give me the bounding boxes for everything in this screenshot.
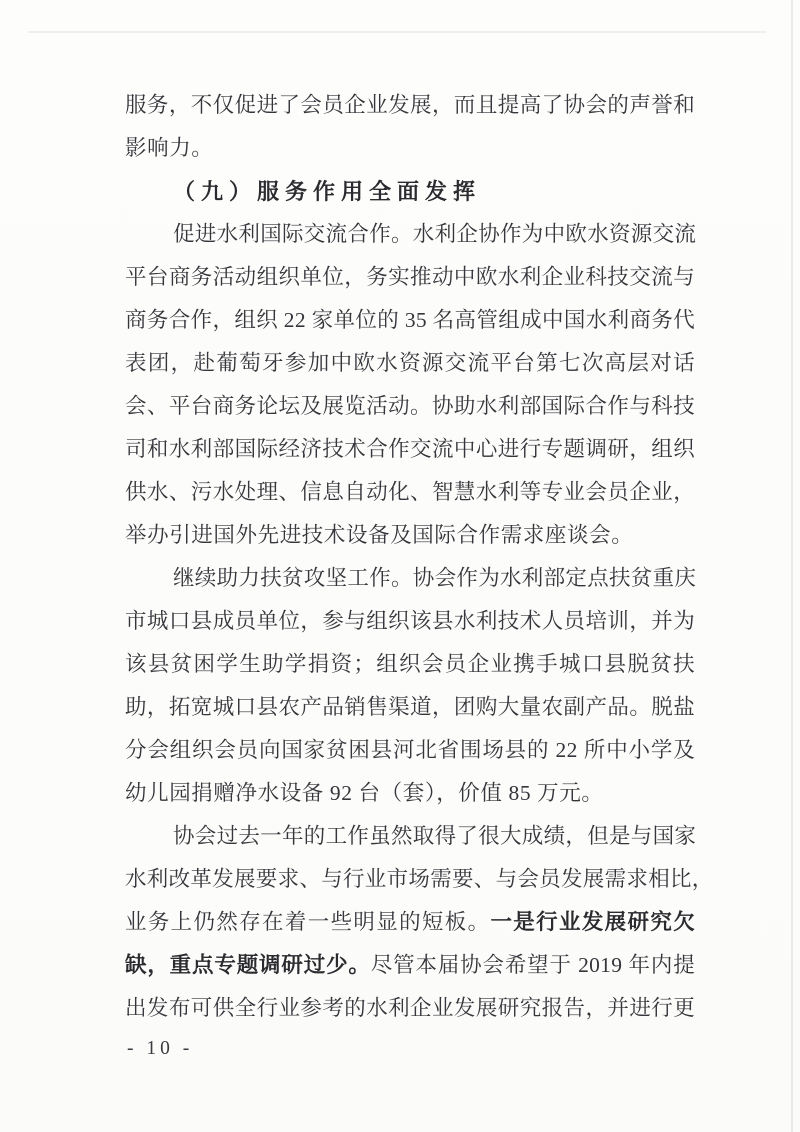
- text-segment: 供水、污水处理、信息自动化、智慧水利等专业会员企业，: [125, 480, 695, 504]
- text-line: 举办引进国外先进技术设备及国际合作需求座谈会。: [125, 514, 695, 557]
- text-segment: 促进水利国际交流合作。水利企协作为中欧水资源交流: [173, 222, 696, 246]
- document-body: 服务，不仅促进了会员企业发展，而且提高了协会的声誉和影响力。（九）服务作用全面发…: [125, 84, 695, 1030]
- text-segment: 影响力。: [125, 136, 213, 160]
- text-line: 表团，赴葡萄牙参加中欧水资源交流平台第七次高层对话: [125, 342, 695, 385]
- text-segment: 业务上仍然存在着一些明显的短板。: [125, 910, 490, 934]
- text-line: 继续助力扶贫攻坚工作。协会作为水利部定点扶贫重庆: [125, 557, 695, 600]
- text-line: 协会过去一年的工作虽然取得了很大成绩，但是与国家: [125, 815, 695, 858]
- text-segment: 该县贫困学生助学捐资；组织会员企业携手城口县脱贫扶: [125, 652, 695, 676]
- text-line: 出发布可供全行业参考的水利企业发展研究报告，并进行更: [125, 987, 695, 1030]
- text-segment: 会、平台商务论坛及展览活动。协助水利部国际合作与科技: [125, 394, 695, 418]
- text-segment: 尽管本届协会希望于 2019 年内提: [371, 953, 695, 977]
- section-heading: （九）服务作用全面发挥: [125, 170, 695, 213]
- text-line: 影响力。: [125, 127, 695, 170]
- text-segment: 幼儿园捐赠净水设备 92 台（套），价值 85 万元。: [125, 781, 603, 805]
- text-segment: 助，拓宽城口县农产品销售渠道，团购大量农副产品。脱盐: [125, 695, 695, 719]
- text-line: 水利改革发展要求、与行业市场需要、与会员发展需求相比，: [125, 858, 695, 901]
- text-line: 缺，重点专题调研过少。尽管本届协会希望于 2019 年内提: [125, 944, 695, 987]
- text-segment: 表团，赴葡萄牙参加中欧水资源交流平台第七次高层对话: [125, 351, 695, 375]
- scan-artifact-right-line: [791, 0, 793, 1132]
- text-segment: 水利改革发展要求、与行业市场需要、与会员发展需求相比，: [125, 867, 714, 891]
- document-page: 服务，不仅促进了会员企业发展，而且提高了协会的声誉和影响力。（九）服务作用全面发…: [0, 0, 800, 1132]
- bold-text-segment: （九）服务作用全面发挥: [173, 179, 481, 204]
- text-line: 服务，不仅促进了会员企业发展，而且提高了协会的声誉和: [125, 84, 695, 127]
- text-line: 会、平台商务论坛及展览活动。协助水利部国际合作与科技: [125, 385, 695, 428]
- text-line: 分会组织会员向国家贫困县河北省围场县的 22 所中小学及: [125, 729, 695, 772]
- text-segment: 司和水利部国际经济技术合作交流中心进行专题调研，组织: [125, 437, 695, 461]
- text-line: 平台商务活动组织单位，务实推动中欧水利企业科技交流与: [125, 256, 695, 299]
- text-segment: 出发布可供全行业参考的水利企业发展研究报告，并进行更: [125, 996, 695, 1020]
- scan-artifact-top-line: [28, 31, 766, 33]
- text-line: 该县贫困学生助学捐资；组织会员企业携手城口县脱贫扶: [125, 643, 695, 686]
- text-line: 市城口县成员单位，参与组织该县水利技术人员培训，并为: [125, 600, 695, 643]
- text-line: 业务上仍然存在着一些明显的短板。一是行业发展研究欠: [125, 901, 695, 944]
- text-line: 商务合作，组织 22 家单位的 35 名高管组成中国水利商务代: [125, 299, 695, 342]
- text-segment: 市城口县成员单位，参与组织该县水利技术人员培训，并为: [125, 609, 695, 633]
- text-segment: 协会过去一年的工作虽然取得了很大成绩，但是与国家: [173, 824, 696, 848]
- text-segment: 举办引进国外先进技术设备及国际合作需求座谈会。: [125, 523, 633, 547]
- text-line: 司和水利部国际经济技术合作交流中心进行专题调研，组织: [125, 428, 695, 471]
- bold-text-segment: 一是行业发展研究欠: [490, 910, 695, 934]
- text-line: 供水、污水处理、信息自动化、智慧水利等专业会员企业，: [125, 471, 695, 514]
- text-segment: 商务合作，组织 22 家单位的 35 名高管组成中国水利商务代: [125, 308, 695, 332]
- bold-text-segment: 缺，重点专题调研过少。: [125, 953, 371, 977]
- text-segment: 平台商务活动组织单位，务实推动中欧水利企业科技交流与: [125, 265, 695, 289]
- page-number: - 10 -: [127, 1038, 193, 1060]
- text-segment: 继续助力扶贫攻坚工作。协会作为水利部定点扶贫重庆: [173, 566, 696, 590]
- text-line: 幼儿园捐赠净水设备 92 台（套），价值 85 万元。: [125, 772, 695, 815]
- text-segment: 分会组织会员向国家贫困县河北省围场县的 22 所中小学及: [125, 738, 695, 762]
- text-line: 助，拓宽城口县农产品销售渠道，团购大量农副产品。脱盐: [125, 686, 695, 729]
- text-segment: 服务，不仅促进了会员企业发展，而且提高了协会的声誉和: [125, 93, 695, 117]
- text-line: 促进水利国际交流合作。水利企协作为中欧水资源交流: [125, 213, 695, 256]
